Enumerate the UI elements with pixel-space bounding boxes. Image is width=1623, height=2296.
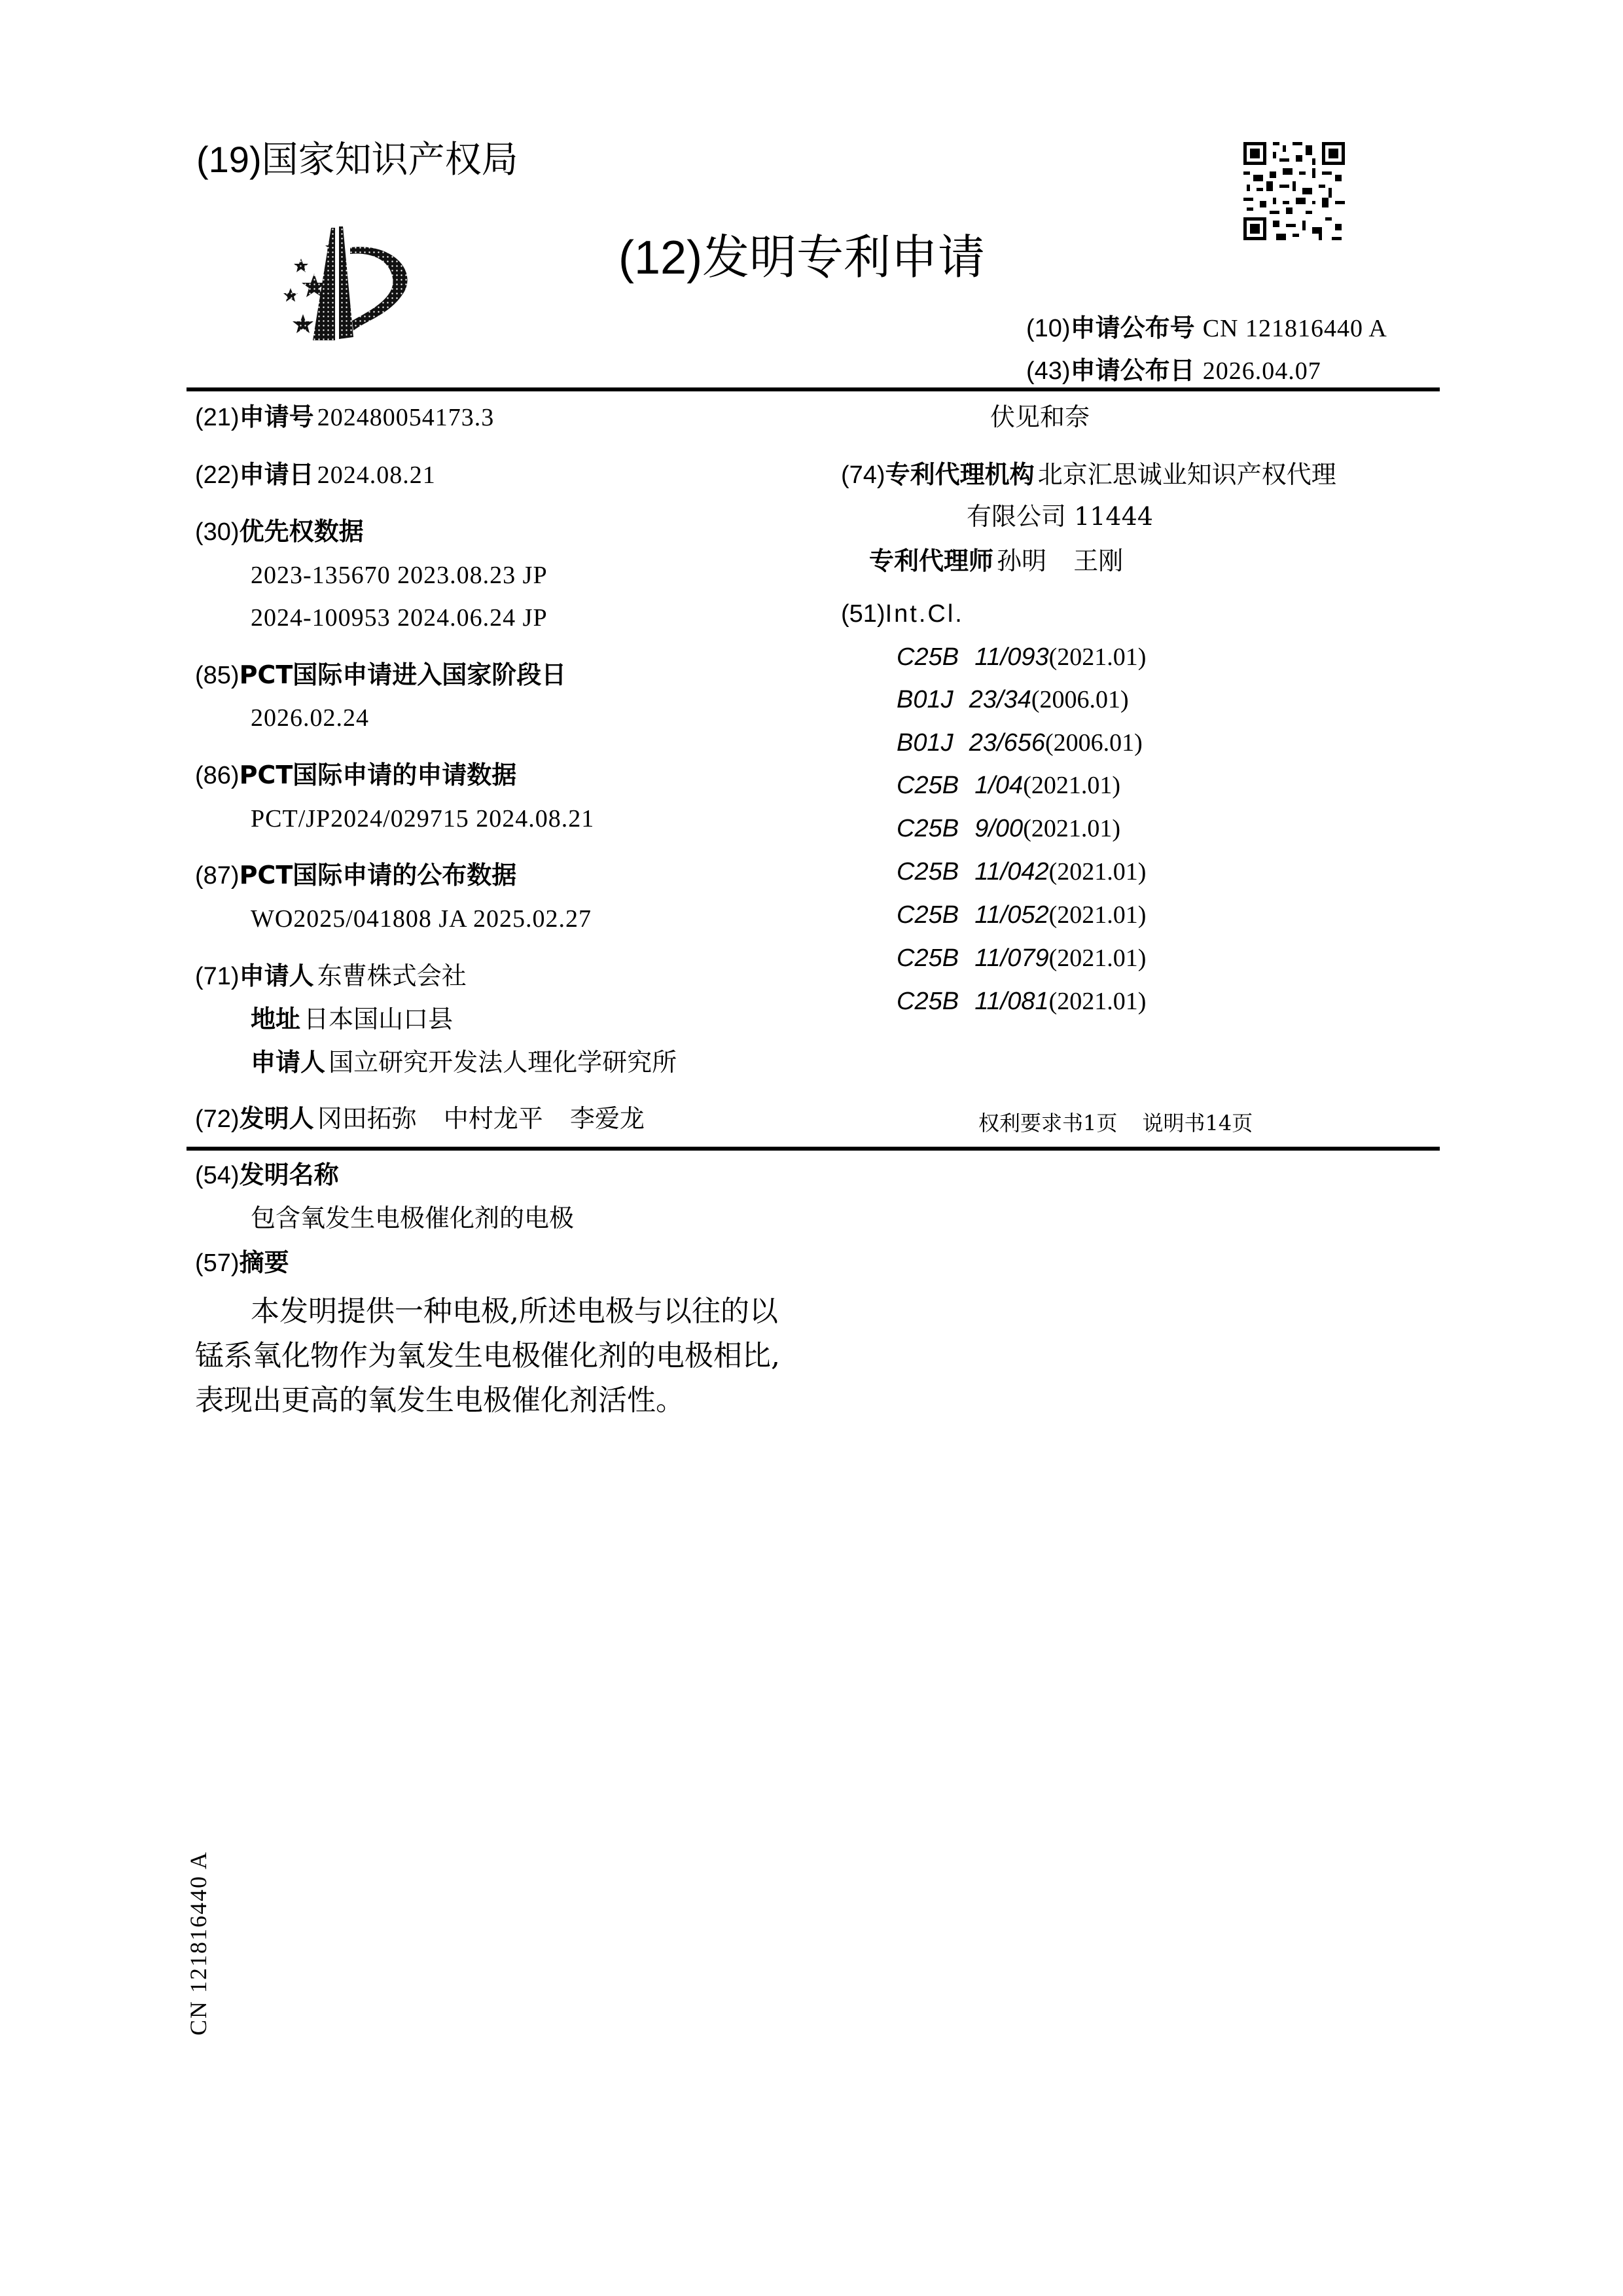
- applicant2-row: 申请人 国立研究开发法人理化学研究所: [251, 1050, 677, 1075]
- agent-name: 孙明: [997, 547, 1046, 575]
- invention-title: 包含氧发生电极催化剂的电极: [251, 1206, 574, 1230]
- applicant-row: (71)申请人 东曹株式会社: [195, 963, 467, 989]
- priority-item: 2024-100953 2024.06.24 JP: [251, 605, 548, 630]
- publication-number: CN 121816440 A: [1203, 315, 1387, 342]
- ipc-item: C25B 11/079(2021.01): [897, 945, 1146, 971]
- invention-title-heading: (54)发明名称: [195, 1162, 339, 1188]
- application-date: 2024.08.21: [317, 461, 436, 489]
- top-divider: [187, 387, 1440, 391]
- pct-entry-heading: (85)PCT国际申请进入国家阶段日: [195, 662, 566, 688]
- priority-item: 2023-135670 2023.08.23 JP: [251, 563, 548, 588]
- document-type: 发明专利申请: [702, 230, 985, 285]
- ipc-heading: (51)Int.Cl.: [841, 601, 964, 626]
- priority-heading: (30)优先权数据: [195, 519, 364, 545]
- pct-application-data: PCT/JP2024/029715 2024.08.21: [251, 806, 594, 831]
- inventor: 中村龙平: [444, 1104, 543, 1133]
- ipc-item: C25B 11/052(2021.01): [897, 902, 1146, 927]
- abstract-line: 锰系氧化物作为氧发生电极催化剂的电极相比,: [195, 1342, 780, 1371]
- application-number: 202480054173.3: [317, 404, 495, 431]
- applicant-address: 日本国山口县: [304, 1005, 453, 1033]
- cnipa-logo-icon: [262, 223, 419, 347]
- description-page-count: 说明书14页: [1143, 1111, 1253, 1136]
- agent-row: 专利代理师 孙明 王刚: [869, 548, 1123, 573]
- ipc-item: C25B 11/093(2021.01): [897, 644, 1146, 670]
- publication-date: 2026.04.07: [1203, 357, 1321, 385]
- document-type-heading: (12)发明专利申请: [618, 219, 985, 287]
- application-date-row: (22)申请日 2024.08.21: [195, 462, 436, 488]
- claims-page-count: 权利要求书1页: [978, 1111, 1117, 1136]
- ipc-item: C25B 11/042(2021.01): [897, 859, 1146, 884]
- ipc-item: C25B 11/081(2021.01): [897, 988, 1146, 1014]
- agency-row: (74)专利代理机构 北京汇思诚业知识产权代理: [841, 462, 1336, 488]
- pct-application-heading: (86)PCT国际申请的申请数据: [195, 762, 516, 788]
- pct-publication-data: WO2025/041808 JA 2025.02.27: [251, 906, 592, 931]
- authority-name: 国家知识产权局: [262, 139, 518, 181]
- agency-name: 北京汇思诚业知识产权代理: [1038, 460, 1336, 489]
- inventor: 李爱龙: [570, 1104, 645, 1133]
- ipc-item: C25B 9/00(2021.01): [897, 816, 1120, 841]
- publication-date-row: (43)申请公布日 2026.04.07: [1026, 350, 1321, 386]
- ipc-item: B01J 23/34(2006.01): [897, 687, 1129, 712]
- abstract-line: 本发明提供一种电极,所述电极与以往的以: [251, 1297, 778, 1326]
- applicant-name: 东曹株式会社: [317, 961, 467, 990]
- applicant2-name: 国立研究开发法人理化学研究所: [329, 1048, 677, 1077]
- qr-code-icon: [1240, 139, 1348, 243]
- authority-heading: (19)国家知识产权局: [196, 131, 518, 183]
- agency-name-continued: 有限公司 11444: [967, 504, 1153, 529]
- application-number-row: (21)申请号 202480054173.3: [195, 404, 494, 430]
- address-row: 地址 日本国山口县: [251, 1007, 453, 1031]
- ipc-item: C25B 1/04(2021.01): [897, 772, 1120, 798]
- inventors-row: (72)发明人 冈田拓弥 中村龙平 李爱龙: [195, 1106, 645, 1132]
- inventor: 冈田拓弥: [317, 1104, 417, 1133]
- agent-name: 王刚: [1073, 547, 1123, 575]
- inventor-continued: 伏见和奈: [990, 404, 1090, 429]
- ipc-item: B01J 23/656(2006.01): [897, 730, 1143, 755]
- pct-publication-heading: (87)PCT国际申请的公布数据: [195, 863, 516, 888]
- abstract-heading: (57)摘要: [195, 1250, 289, 1276]
- side-publication-number: CN 121816440 A: [185, 1851, 212, 2036]
- middle-divider: [187, 1147, 1440, 1151]
- page-counts: 权利要求书1页 说明书14页: [978, 1113, 1253, 1134]
- pct-entry-date: 2026.02.24: [251, 706, 369, 730]
- publication-number-row: (10)申请公布号 CN 121816440 A: [1026, 308, 1387, 344]
- abstract-line: 表现出更高的氧发生电极催化剂活性。: [195, 1386, 685, 1415]
